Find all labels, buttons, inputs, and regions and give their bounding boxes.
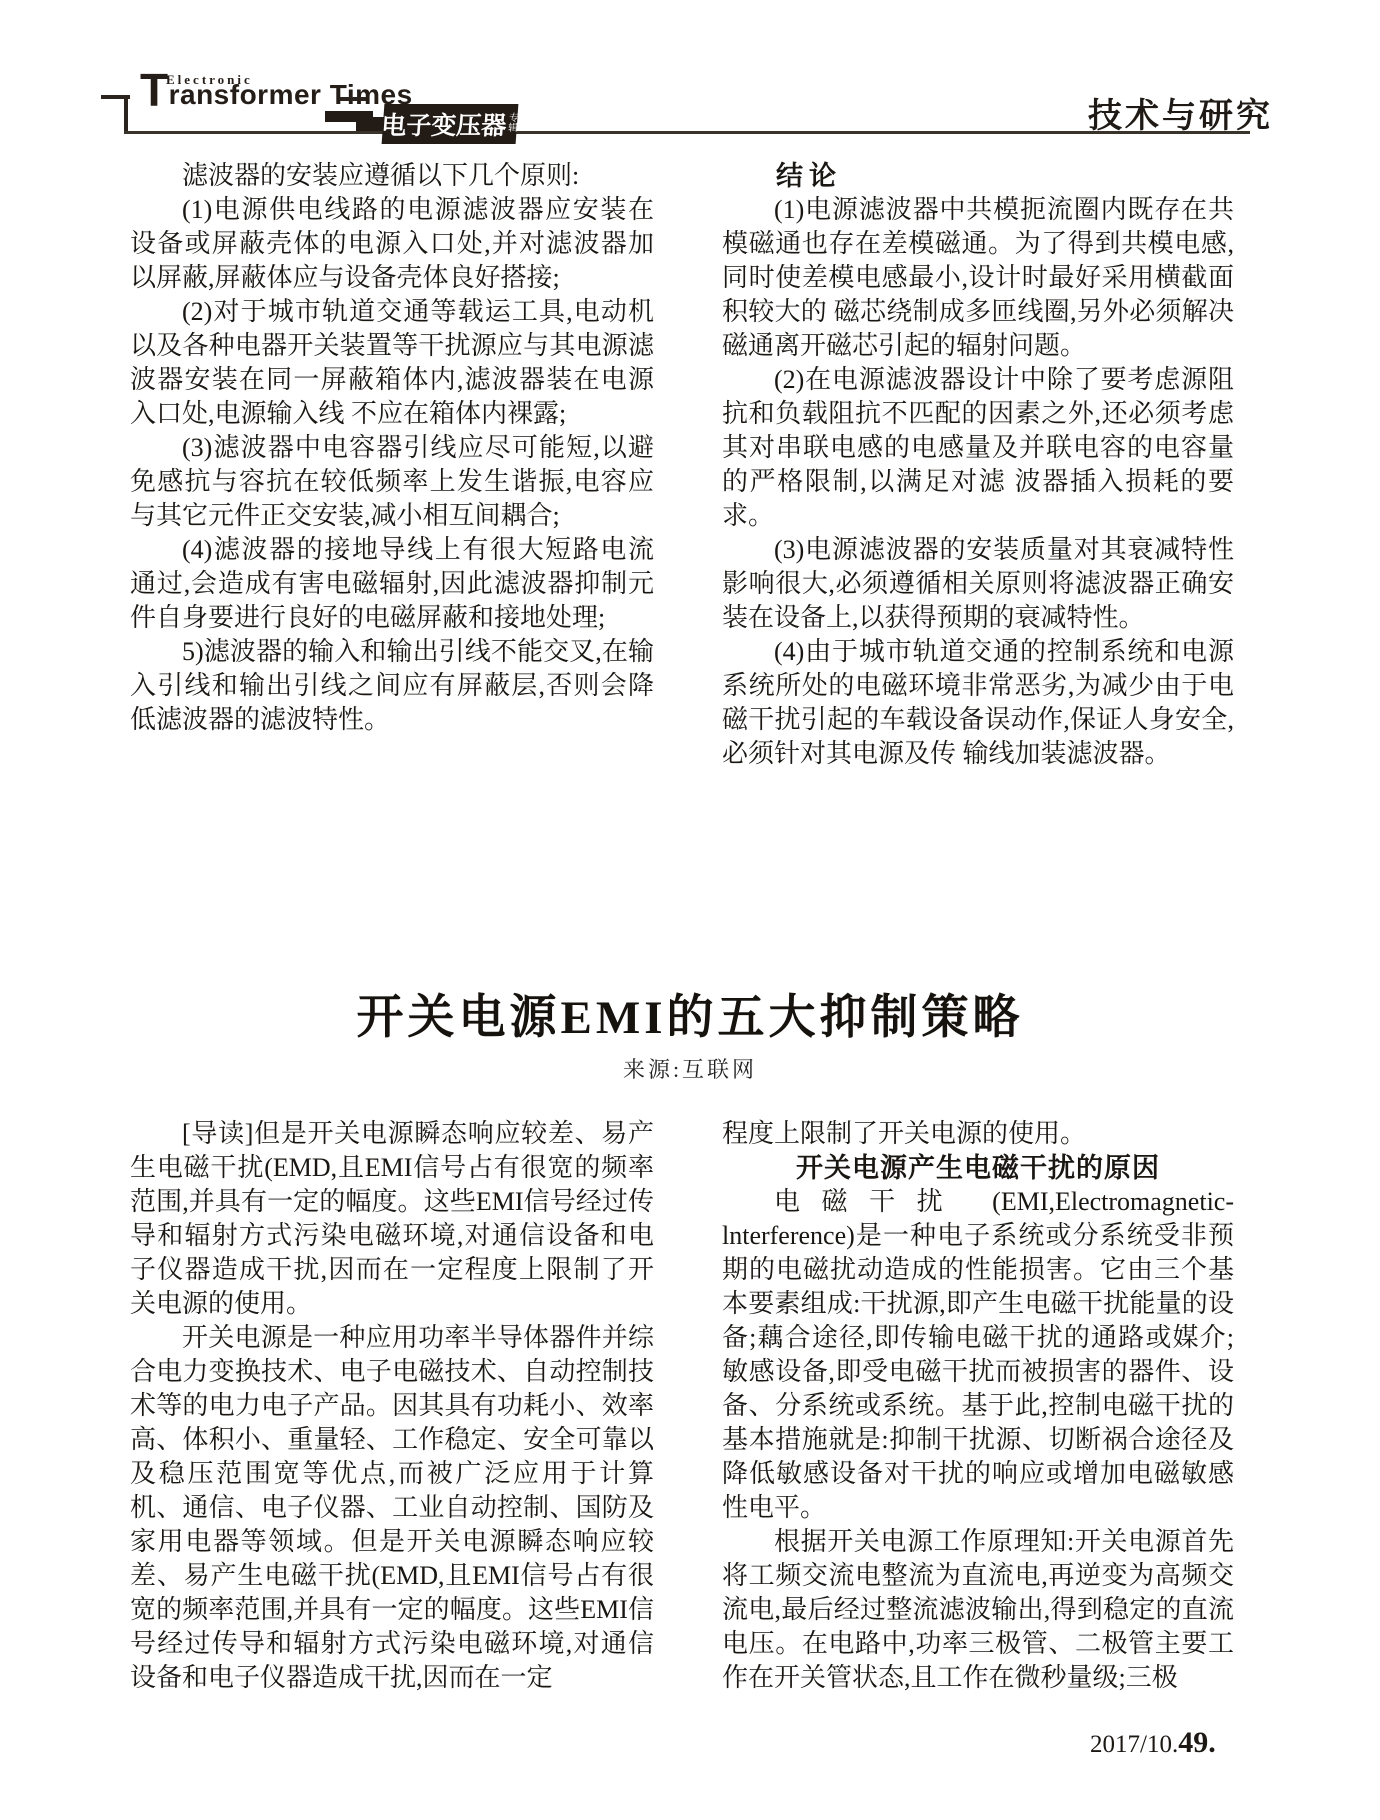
masthead-right-dash (340, 97, 366, 101)
article2-right-lead: 程度上限制了开关电源的使用。 (722, 1117, 1234, 1151)
paragraph: 电磁干扰 (EMI,Electromagnetic-lnterference)是… (722, 1185, 1234, 1525)
article1-left-column: 滤波器的安装应遵循以下几个原则:(1)电源供电线路的电源滤波器应安装在设备或屏蔽… (130, 159, 654, 737)
footer-page-number: 49. (1178, 1726, 1216, 1759)
footer-issue: 2017/10. (1090, 1731, 1178, 1758)
emi-cause-heading: 开关电源产生电磁干扰的原因 (722, 1151, 1234, 1185)
article1-right-paragraphs: (1)电源滤波器中共模扼流圈内既存在共模磁通也存在差模磁通。为了得到共模电感,同… (722, 193, 1234, 771)
paragraph: 滤波器的安装应遵循以下几个原则: (130, 159, 654, 193)
logo-box-subtext: 专辑 (508, 114, 519, 134)
paragraph: (3)滤波器中电容器引线应尽可能短,以避免感抗与容抗在较低频率上发生谐振,电容应… (130, 431, 654, 533)
paragraph: (4)由于城市轨道交通的控制系统和电源系统所处的电磁环境非常恶劣,为减少由于电磁… (722, 635, 1234, 771)
article2-right-column: 程度上限制了开关电源的使用。 开关电源产生电磁干扰的原因 电磁干扰 (EMI,E… (722, 1117, 1234, 1695)
paragraph: (2)在电源滤波器设计中除了要考虑源阻抗和负载阻抗不匹配的因素之外,还必须考虑其… (722, 363, 1234, 533)
article2-title: 开关电源EMI的五大抑制策略 (0, 980, 1380, 1047)
article2-left-column: [导读]但是开关电源瞬态响应较差、易产生电磁干扰(EMD,且EMI信号占有很宽的… (130, 1117, 654, 1695)
paragraph: 开关电源是一种应用功率半导体器件并综合电力变换技术、电子电磁技术、自动控制技术等… (130, 1321, 654, 1695)
paragraph: 5)滤波器的输入和输出引线不能交叉,在输入引线和输出引线之间应有屏蔽层,否则会降… (130, 635, 654, 737)
conclusion-heading: 结论 (722, 159, 1234, 193)
page-footer: 2017/10.49. (1090, 1726, 1216, 1760)
paragraph: [导读]但是开关电源瞬态响应较差、易产生电磁干扰(EMD,且EMI信号占有很宽的… (130, 1117, 654, 1321)
paragraph: (2)对于城市轨道交通等载运工具,电动机以及各种电器开关装置等干扰源应与其电源滤… (130, 295, 654, 431)
article2-right-paragraphs: 电磁干扰 (EMI,Electromagnetic-lnterference)是… (722, 1185, 1234, 1695)
magazine-page: Electronic Transformer Times 电子变压器 专辑 技术… (0, 0, 1380, 1820)
logo-main-rest: ransformer Times (169, 79, 413, 110)
paragraph: (1)电源供电线路的电源滤波器应安装在设备或屏蔽壳体的电源入口处,并对滤波器加以… (130, 193, 654, 295)
masthead-rule (124, 131, 1250, 134)
paragraph: (3)电源滤波器的安装质量对其衰减特性影响很大,必须遵循相关原则将滤波器正确安装… (722, 533, 1234, 635)
logo-box: 电子变压器 专辑 (382, 104, 519, 144)
logo-initial-cap: T (140, 64, 169, 116)
paragraph: (4)滤波器的接地导线上有很大短路电流通过,会造成有害电磁辐射,因此滤波器抑制元… (130, 533, 654, 635)
paragraph: 根据开关电源工作原理知:开关电源首先将工频交流电整流为直流电,再逆变为高频交流电… (722, 1525, 1234, 1695)
article1-right-column: 结论 (1)电源滤波器中共模扼流圈内既存在共模磁通也存在差模磁通。为了得到共模电… (722, 159, 1234, 771)
section-label: 技术与研究 (1088, 88, 1273, 137)
logo-transformer-times: Transformer Times (140, 76, 413, 111)
logo-box-text: 电子变压器 (380, 106, 508, 142)
masthead-left-bracket (124, 95, 128, 133)
article2-source: 来源:互联网 (0, 1053, 1380, 1084)
paragraph: (1)电源滤波器中共模扼流圈内既存在共模磁通也存在差模磁通。为了得到共模电感,同… (722, 193, 1234, 363)
